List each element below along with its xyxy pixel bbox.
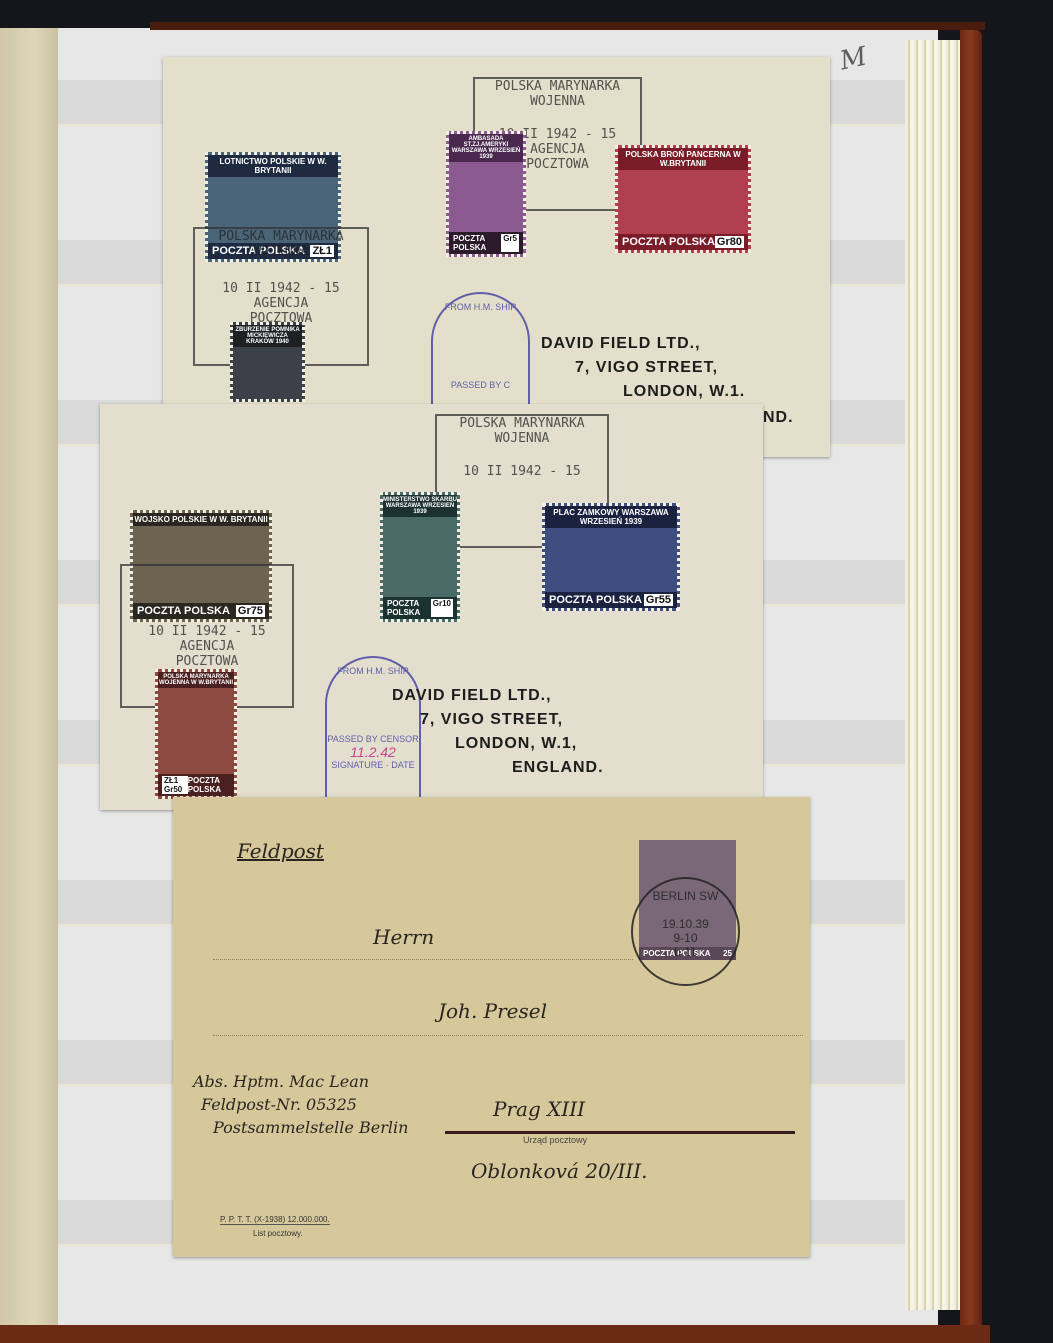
sender-line: Feldpost-Nr. 05325 — [201, 1095, 357, 1114]
stamp: POLSKA BROŃ PANCERNA W W.BRYTANII POCZTA… — [615, 145, 751, 253]
stamp: MINISTERSTWO SKARBU WARSZAWA WRZESIEŃ 19… — [380, 492, 460, 622]
sender-line: Postsammelstelle Berlin — [213, 1118, 408, 1137]
address-line: LONDON, W.1, — [455, 735, 577, 753]
address-line: DAVID FIELD LTD., — [541, 335, 701, 353]
postmark: BERLIN SW 19.10.39 9-10 b 11 — [631, 877, 740, 986]
handwriting-feldpost: Feldpost — [237, 839, 324, 863]
recipient-line: Prag XIII — [493, 1097, 585, 1121]
sender-line: Abs. Hptm. Mac Lean — [193, 1072, 369, 1091]
page-annotation: M — [837, 42, 869, 77]
form-name: List pocztowy. — [253, 1229, 303, 1238]
stamp: PLAC ZAMKOWY WARSZAWA WRZESIEŃ 1939 POCZ… — [542, 503, 680, 611]
album-left-page — [0, 28, 58, 1328]
album-cover-top — [150, 22, 985, 30]
recipient-line: Oblonková 20/III. — [471, 1159, 648, 1183]
underline — [445, 1131, 795, 1134]
cover-2: POLSKA MARYNARKAWOJENNA 10 II 1942 - 15 … — [100, 404, 763, 810]
recipient-line: Herrn — [373, 925, 434, 949]
address-line: LONDON, W.1. — [623, 383, 745, 401]
cover-3: Feldpost POCZTA POLSKA25 BERLIN SW 19.10… — [173, 797, 810, 1257]
address-line: ND. — [763, 409, 794, 427]
album-cover — [960, 30, 982, 1335]
stamp: AMBASADA ST.ZJ.AMERYKI WARSZAWA WRZESIEŃ… — [446, 131, 526, 257]
address-line: DAVID FIELD LTD., — [392, 687, 552, 705]
recipient-line: Joh. Presel — [438, 999, 547, 1023]
cover-1: POLSKA MARYNARKAWOJENNA 10 II 1942 - 15 … — [163, 57, 830, 457]
censor-mark: FROM H.M. SHIP PASSED BY CENSOR 11.2.42 … — [325, 656, 421, 818]
printer-line: P. P. T. T. (X-1938) 12.000.000. — [220, 1215, 330, 1225]
address-line: 7, VIGO STREET, — [420, 711, 563, 729]
censor-mark: FROM H.M. SHIP PASSED BY C — [431, 292, 530, 414]
post-office-label: Urząd pocztowy — [523, 1135, 587, 1145]
stamp: ZBURZENIE POMNIKA MICKIEWICZA KRAKÓW 194… — [230, 322, 305, 402]
album-cover-bottom — [0, 1325, 990, 1343]
address-line: ENGLAND. — [512, 759, 604, 777]
address-line: 7, VIGO STREET, — [575, 359, 718, 377]
stamp: POLSKA MARYNARKA WOJENNA W W.BRYTANII ZŁ… — [155, 669, 237, 799]
